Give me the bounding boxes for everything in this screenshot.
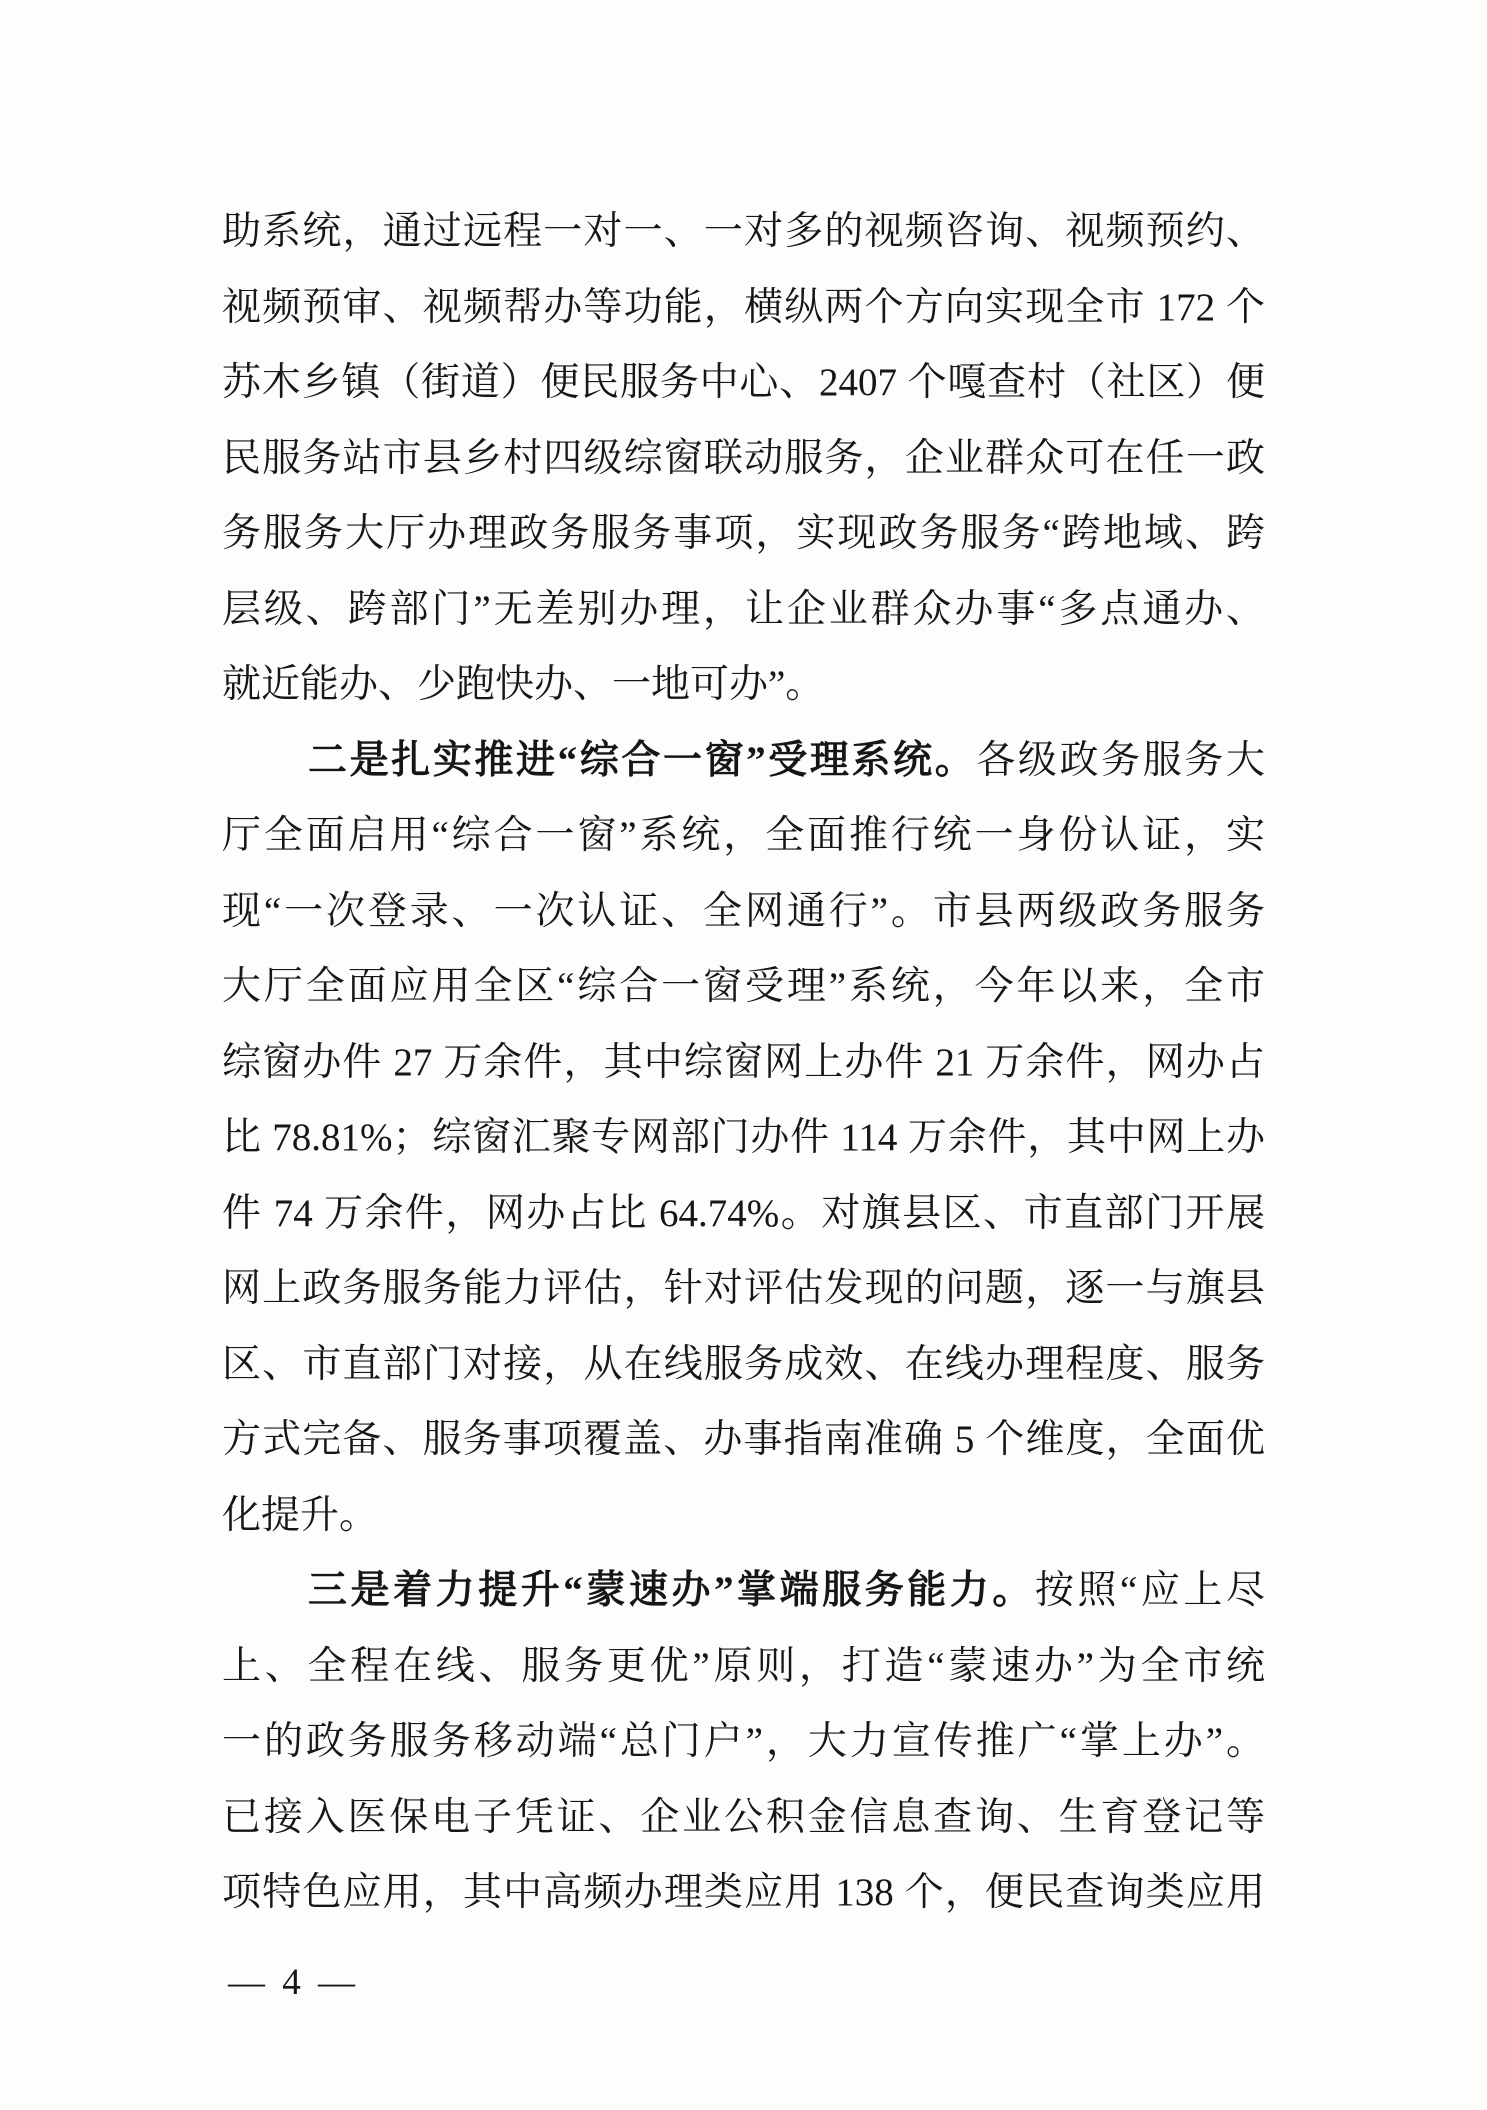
- text-line: 助系统，通过远程一对一、一对多的视频咨询、视频预约、: [222, 194, 1265, 270]
- text-line: 上、全程在线、服务更优”原则，打造“蒙速办”为全市统: [222, 1629, 1265, 1705]
- document-page: 助系统，通过远程一对一、一对多的视频咨询、视频预约、视频预审、视频帮办等功能，横…: [0, 0, 1487, 2110]
- text-line: 民服务站市县乡村四级综窗联动服务，企业群众可在任一政: [222, 421, 1265, 497]
- text-run: 一的政务服务移动端“总门户”，大力宣传推广“掌上办”。: [222, 1720, 1265, 1763]
- text-run: 区、市直部门对接，从在线服务成效、在线办理程度、服务: [222, 1343, 1265, 1386]
- text-run: 项特色应用，其中高频办理类应用 138 个，便民查询类应用: [222, 1871, 1265, 1914]
- text-line: 项特色应用，其中高频办理类应用 138 个，便民查询类应用: [222, 1855, 1265, 1931]
- text-column: 助系统，通过远程一对一、一对多的视频咨询、视频预约、视频预审、视频帮办等功能，横…: [222, 194, 1265, 1931]
- text-run: 网上政务服务能力评估，针对评估发现的问题，逐一与旗县: [222, 1267, 1265, 1310]
- text-line: 三是着力提升“蒙速办”掌端服务能力。按照“应上尽: [222, 1553, 1265, 1629]
- text-run: 现“一次登录、一次认证、全网通行”。市县两级政务服务: [222, 890, 1265, 933]
- text-line: 就近能办、少跑快办、一地可办”。: [222, 647, 1265, 723]
- text-run: 民服务站市县乡村四级综窗联动服务，企业群众可在任一政: [222, 437, 1265, 480]
- text-run: 已接入医保电子凭证、企业公积金信息查询、生育登记等 491: [222, 1796, 1265, 1856]
- text-line: 二是扎实推进“综合一窗”受理系统。各级政务服务大: [222, 723, 1265, 799]
- text-run: 就近能办、少跑快办、一地可办”。: [222, 663, 824, 706]
- text-line: 视频预审、视频帮办等功能，横纵两个方向实现全市 172 个: [222, 270, 1265, 346]
- text-run: 苏木乡镇（街道）便民服务中心、2407 个嘎查村（社区）便: [222, 361, 1265, 404]
- text-line: 务服务大厅办理政务服务事项，实现政务服务“跨地域、跨: [222, 496, 1265, 572]
- text-run: 上、全程在线、服务更优”原则，打造“蒙速办”为全市统: [222, 1645, 1265, 1688]
- text-run: 件 74 万余件，网办占比 64.74%。对旗县区、市直部门开展: [222, 1192, 1265, 1235]
- text-run: 化提升。: [222, 1494, 378, 1537]
- text-line: 一的政务服务移动端“总门户”，大力宣传推广“掌上办”。: [222, 1704, 1265, 1780]
- text-line: 网上政务服务能力评估，针对评估发现的问题，逐一与旗县: [222, 1251, 1265, 1327]
- text-line: 厅全面启用“综合一窗”系统，全面推行统一身份认证，实: [222, 798, 1265, 874]
- text-run: 视频预审、视频帮办等功能，横纵两个方向实现全市 172 个: [222, 286, 1265, 329]
- text-line: 比 78.81%；综窗汇聚专网部门办件 114 万余件，其中网上办: [222, 1100, 1265, 1176]
- text-run: 层级、跨部门”无差别办理，让企业群众办事“多点通办、: [222, 588, 1265, 631]
- text-run: 各级政务服务大: [976, 739, 1265, 782]
- text-run: 务服务大厅办理政务服务事项，实现政务服务“跨地域、跨: [222, 512, 1265, 555]
- text-line: 层级、跨部门”无差别办理，让企业群众办事“多点通办、: [222, 572, 1265, 648]
- heading-run: 二是扎实推进“综合一窗”受理系统。: [308, 739, 976, 782]
- text-line: 件 74 万余件，网办占比 64.74%。对旗县区、市直部门开展: [222, 1176, 1265, 1252]
- heading-run: 三是着力提升“蒙速办”掌端服务能力。: [308, 1569, 1035, 1612]
- page-number: — 4 —: [228, 1953, 359, 2013]
- text-run: 综窗办件 27 万余件，其中综窗网上办件 21 万余件，网办占: [222, 1041, 1265, 1084]
- text-run: 助系统，通过远程一对一、一对多的视频咨询、视频预约、: [222, 210, 1265, 253]
- text-line: 苏木乡镇（街道）便民服务中心、2407 个嘎查村（社区）便: [222, 345, 1265, 421]
- text-line: 区、市直部门对接，从在线服务成效、在线办理程度、服务: [222, 1327, 1265, 1403]
- text-run: 按照“应上尽: [1035, 1569, 1265, 1612]
- text-run: 厅全面启用“综合一窗”系统，全面推行统一身份认证，实: [222, 814, 1265, 857]
- text-line: 化提升。: [222, 1478, 1265, 1554]
- text-line: 已接入医保电子凭证、企业公积金信息查询、生育登记等 491: [222, 1780, 1265, 1856]
- text-run: 大厅全面应用全区“综合一窗受理”系统，今年以来，全市: [222, 965, 1265, 1008]
- text-line: 大厅全面应用全区“综合一窗受理”系统，今年以来，全市: [222, 949, 1265, 1025]
- text-run: 比 78.81%；综窗汇聚专网部门办件 114 万余件，其中网上办: [222, 1116, 1265, 1159]
- text-line: 综窗办件 27 万余件，其中综窗网上办件 21 万余件，网办占: [222, 1025, 1265, 1101]
- text-run: 方式完备、服务事项覆盖、办事指南准确 5 个维度，全面优: [222, 1418, 1265, 1461]
- text-line: 方式完备、服务事项覆盖、办事指南准确 5 个维度，全面优: [222, 1402, 1265, 1478]
- text-line: 现“一次登录、一次认证、全网通行”。市县两级政务服务: [222, 874, 1265, 950]
